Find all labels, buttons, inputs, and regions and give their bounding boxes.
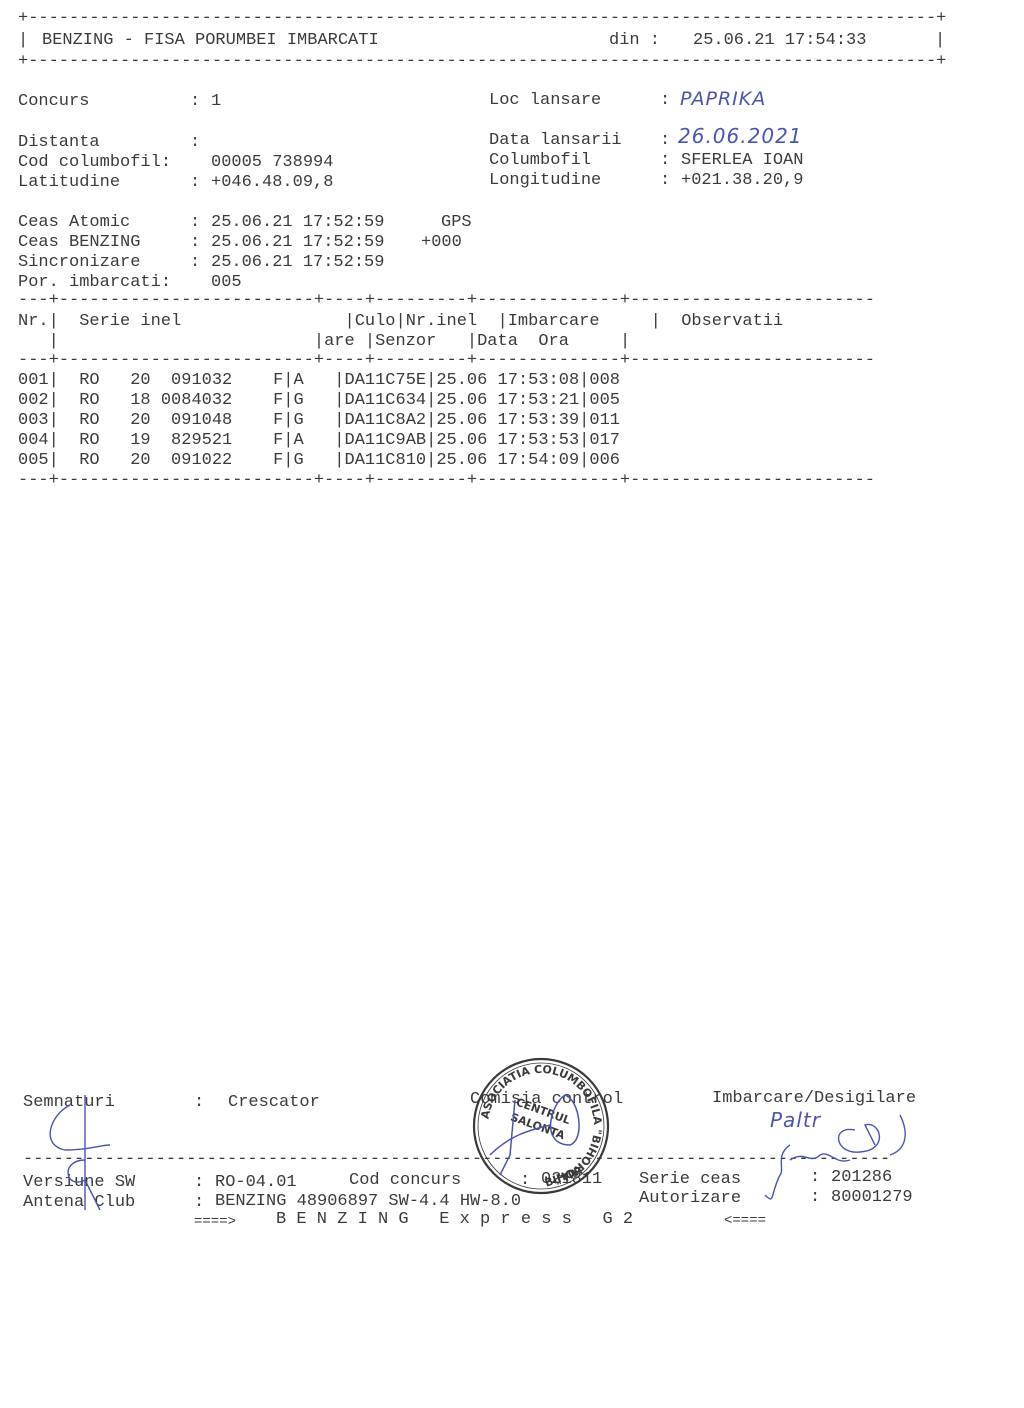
table-row: 002| RO 18 0084032 F|G |DA11C634|25.06 1… bbox=[18, 391, 620, 411]
serie-ceas-label: Serie ceas bbox=[639, 1170, 741, 1190]
row-year: 20 bbox=[130, 371, 150, 390]
latitudine-label: Latitudine bbox=[18, 173, 120, 193]
sincronizare-value: 25.06.21 17:52:59 bbox=[211, 253, 384, 273]
column-separator: | bbox=[304, 411, 345, 430]
table-row: 004| RO 19 829521 F|A |DA11C9AB|25.06 17… bbox=[18, 431, 620, 451]
cod-label-text: Cod columbofil bbox=[18, 153, 161, 172]
latitudine-colon: : bbox=[190, 173, 200, 193]
cod-columbofil-label: Cod columbofil: bbox=[18, 153, 171, 173]
ceas-benzing-value: 25.06.21 17:52:59 bbox=[211, 233, 384, 253]
row-year: 19 bbox=[130, 431, 150, 450]
data-lansarii-label: Data lansarii bbox=[489, 131, 622, 151]
table-row: 005| RO 20 091022 F|G |DA11C810|25.06 17… bbox=[18, 451, 620, 471]
distanta-colon: : bbox=[190, 133, 200, 153]
column-separator bbox=[151, 431, 161, 450]
column-separator bbox=[100, 391, 131, 410]
ceas-benzing-label: Ceas BENZING bbox=[18, 233, 140, 253]
banner-right-arrow: <==== bbox=[724, 1211, 766, 1231]
date-label: din bbox=[609, 31, 640, 50]
row-date: 25.06 bbox=[436, 431, 487, 450]
header-border-bottom: +---------------------------------------… bbox=[18, 52, 946, 72]
crescator-label: Crescator bbox=[228, 1093, 320, 1113]
concurs-label: Concurs bbox=[18, 92, 89, 112]
loc-lansare-label: Loc lansare bbox=[489, 91, 601, 111]
row-year: 18 bbox=[130, 391, 150, 410]
latitudine-value: +046.48.09,8 bbox=[211, 173, 333, 193]
col-imbarcare-header-1: Imbarcare bbox=[508, 312, 600, 331]
column-separator: | bbox=[283, 431, 293, 450]
row-nr: 003 bbox=[18, 411, 49, 430]
row-sensor: DA11C9AB bbox=[345, 431, 427, 450]
row-date: 25.06 bbox=[436, 411, 487, 430]
column-separator: | bbox=[283, 391, 293, 410]
semnaturi-colon: : bbox=[194, 1093, 204, 1113]
table-border-bottom: ---+-------------------------+----+-----… bbox=[18, 471, 875, 491]
row-obs: 008 bbox=[589, 371, 620, 390]
table-header-divider: ---+-------------------------+----+-----… bbox=[18, 351, 875, 371]
row-sex: F bbox=[273, 431, 283, 450]
column-separator: | bbox=[49, 371, 80, 390]
sincronizare-label: Sincronizare bbox=[18, 253, 140, 273]
column-separator bbox=[232, 431, 273, 450]
row-color: G bbox=[293, 451, 303, 470]
stamp-bottom-text: BIHOR bbox=[543, 1164, 585, 1190]
column-separator bbox=[487, 371, 497, 390]
column-separator bbox=[487, 391, 497, 410]
longitudine-label: Longitudine bbox=[489, 171, 601, 191]
header-date-label: din : bbox=[609, 31, 660, 51]
column-separator bbox=[100, 431, 131, 450]
column-separator: | bbox=[426, 411, 436, 430]
column-separator: | bbox=[304, 431, 345, 450]
concurs-value: 1 bbox=[211, 92, 221, 112]
ceas-benzing-colon: : bbox=[190, 233, 200, 253]
col-culoare-header-1: Culo bbox=[355, 312, 396, 331]
cod-columbofil-value: 00005 738994 bbox=[211, 153, 333, 173]
row-sensor: DA11C8A2 bbox=[345, 411, 427, 430]
ceas-atomic-colon: : bbox=[190, 213, 200, 233]
column-separator bbox=[232, 371, 273, 390]
row-obs: 005 bbox=[589, 391, 620, 410]
row-date: 25.06 bbox=[436, 391, 487, 410]
versiune-sw-colon: : bbox=[194, 1173, 204, 1193]
row-date: 25.06 bbox=[436, 371, 487, 390]
distanta-label: Distanta bbox=[18, 133, 100, 153]
columbofil-colon: : bbox=[660, 151, 670, 171]
document-title: BENZING - FISA PORUMBEI IMBARCATI bbox=[42, 31, 379, 51]
row-sensor: DA11C810 bbox=[345, 451, 427, 470]
row-country: RO bbox=[79, 411, 99, 430]
column-separator: | bbox=[579, 451, 589, 470]
loc-lansare-colon: : bbox=[660, 91, 670, 111]
row-sex: F bbox=[273, 371, 283, 390]
row-sex: F bbox=[273, 391, 283, 410]
row-sensor: DA11C75E bbox=[345, 371, 427, 390]
row-color: G bbox=[293, 391, 303, 410]
banner-text: B E N Z I N G E x p r e s s G 2 bbox=[276, 1210, 633, 1230]
columbofil-value: SFERLEA IOAN bbox=[681, 151, 803, 171]
row-color: G bbox=[293, 411, 303, 430]
row-date: 25.06 bbox=[436, 451, 487, 470]
column-separator: | bbox=[579, 411, 589, 430]
count-label-text: Por. imbarcati bbox=[18, 273, 161, 292]
row-time: 17:53:39 bbox=[498, 411, 580, 430]
column-separator: | bbox=[283, 371, 293, 390]
association-stamp: ASOCIATIA COLUMBOFILA "BIHORUL" CENTRUL … bbox=[470, 1055, 612, 1197]
col-imbarcare-header-2: Data Ora bbox=[477, 332, 569, 351]
column-separator: | bbox=[304, 391, 345, 410]
column-separator bbox=[151, 411, 161, 430]
col-serie-header: Serie inel bbox=[79, 312, 181, 331]
column-separator: | bbox=[49, 451, 80, 470]
row-obs: 006 bbox=[589, 451, 620, 470]
ceas-atomic-label: Ceas Atomic bbox=[18, 213, 130, 233]
banner-left-arrow: ====> bbox=[194, 1212, 236, 1232]
row-sex: F bbox=[273, 411, 283, 430]
versiune-sw-value: RO-04.01 bbox=[215, 1173, 297, 1193]
column-separator bbox=[100, 411, 131, 430]
sincronizare-colon: : bbox=[190, 253, 200, 273]
column-separator bbox=[232, 391, 273, 410]
column-separator: | bbox=[49, 391, 80, 410]
row-time: 17:53:21 bbox=[498, 391, 580, 410]
autorizare-label: Autorizare bbox=[639, 1189, 741, 1209]
column-separator: | bbox=[579, 431, 589, 450]
por-imbarcati-label: Por. imbarcati: bbox=[18, 273, 171, 293]
data-lansarii-handwritten: 26.06.2021 bbox=[678, 124, 803, 148]
header-right-bar: | bbox=[935, 31, 945, 51]
row-year: 20 bbox=[130, 411, 150, 430]
longitudine-colon: : bbox=[660, 171, 670, 191]
longitudine-value: +021.38.20,9 bbox=[681, 171, 803, 191]
row-sensor: DA11C634 bbox=[345, 391, 427, 410]
column-separator: | bbox=[426, 431, 436, 450]
header-border-top: +---------------------------------------… bbox=[18, 9, 946, 29]
row-country: RO bbox=[79, 371, 99, 390]
row-color: A bbox=[293, 371, 303, 390]
column-separator: | bbox=[426, 451, 436, 470]
column-separator: | bbox=[49, 411, 80, 430]
column-separator bbox=[232, 411, 273, 430]
column-separator bbox=[100, 371, 131, 390]
column-separator bbox=[487, 451, 497, 470]
table-row: 001| RO 20 091032 F|A |DA11C75E|25.06 17… bbox=[18, 371, 620, 391]
column-separator bbox=[151, 451, 161, 470]
row-country: RO bbox=[79, 431, 99, 450]
row-ring: 091048 bbox=[161, 411, 232, 430]
row-obs: 011 bbox=[589, 411, 620, 430]
table-header-row-2: | |are |Senzor |Data Ora | bbox=[18, 332, 630, 352]
row-ring: 091032 bbox=[161, 371, 232, 390]
col-observatii-header: Observatii bbox=[681, 312, 783, 331]
col-nrinel-header-2: Senzor bbox=[375, 332, 436, 351]
column-separator: | bbox=[283, 451, 293, 470]
col-culoare-header-2: are bbox=[324, 332, 355, 351]
row-nr: 004 bbox=[18, 431, 49, 450]
row-year: 20 bbox=[130, 451, 150, 470]
cod-concurs-label: Cod concurs bbox=[349, 1171, 461, 1191]
column-separator: | bbox=[304, 451, 345, 470]
row-country: RO bbox=[79, 451, 99, 470]
por-imbarcati-value: 005 bbox=[211, 273, 242, 293]
column-separator: | bbox=[49, 431, 80, 450]
column-separator bbox=[151, 371, 161, 390]
ceas-benzing-suffix: +000 bbox=[421, 233, 462, 253]
row-country: RO bbox=[79, 391, 99, 410]
row-nr: 001 bbox=[18, 371, 49, 390]
row-obs: 017 bbox=[589, 431, 620, 450]
row-ring: 091022 bbox=[161, 451, 232, 470]
header-date-value: 25.06.21 17:54:33 bbox=[693, 31, 866, 51]
columbofil-label: Columbofil bbox=[489, 151, 591, 171]
column-separator: | bbox=[426, 391, 436, 410]
row-sex: F bbox=[273, 451, 283, 470]
column-separator bbox=[487, 431, 497, 450]
antena-club-colon: : bbox=[194, 1193, 204, 1213]
crescator-signature bbox=[40, 1090, 140, 1220]
row-time: 17:54:09 bbox=[498, 451, 580, 470]
table-header-row-1: Nr.| Serie inel |Culo|Nr.inel |Imbarcare… bbox=[18, 312, 783, 332]
column-separator: | bbox=[283, 411, 293, 430]
column-separator bbox=[151, 391, 161, 410]
column-separator bbox=[487, 411, 497, 430]
column-separator bbox=[100, 451, 131, 470]
row-nr: 002 bbox=[18, 391, 49, 410]
row-time: 17:53:08 bbox=[498, 371, 580, 390]
col-nrinel-header-1: Nr.inel bbox=[406, 312, 477, 331]
row-color: A bbox=[293, 431, 303, 450]
loc-lansare-handwritten: PAPRIKA bbox=[680, 88, 766, 110]
row-ring: 0084032 bbox=[161, 391, 232, 410]
column-separator: | bbox=[426, 371, 436, 390]
row-ring: 829521 bbox=[161, 431, 232, 450]
table-row: 003| RO 20 091048 F|G |DA11C8A2|25.06 17… bbox=[18, 411, 620, 431]
column-separator: | bbox=[579, 391, 589, 410]
column-separator: | bbox=[304, 371, 345, 390]
column-separator bbox=[232, 451, 273, 470]
imbarcare-signature bbox=[760, 1100, 920, 1210]
row-time: 17:53:53 bbox=[498, 431, 580, 450]
concurs-colon: : bbox=[190, 92, 200, 112]
column-separator: | bbox=[579, 371, 589, 390]
col-nr-header: Nr. bbox=[18, 312, 49, 331]
ceas-atomic-value: 25.06.21 17:52:59 bbox=[211, 213, 384, 233]
table-border-top: ---+-------------------------+----+-----… bbox=[18, 291, 875, 311]
header-left-bar: | bbox=[18, 31, 28, 51]
data-lansarii-colon: : bbox=[660, 131, 670, 151]
row-nr: 005 bbox=[18, 451, 49, 470]
ceas-atomic-suffix: GPS bbox=[441, 213, 472, 233]
